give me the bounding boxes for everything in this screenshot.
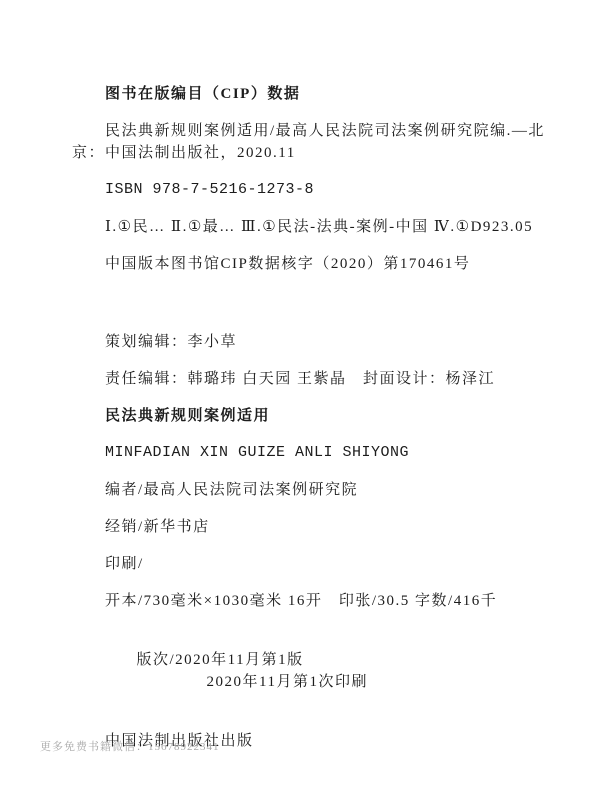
book-title: 民法典新规则案例适用 xyxy=(105,405,565,427)
book-editor: 编者/最高人民法院司法案例研究院 xyxy=(105,479,565,501)
responsible-editor: 责任编辑：韩璐玮 白天园 王紫晶 封面设计：杨泽江 xyxy=(105,368,565,390)
cip-heading: 图书在版编目（CIP）数据 xyxy=(105,83,565,105)
cip-block: 图书在版编目（CIP）数据 民法典新规则案例适用/最高人民法院司法案例研究院编.… xyxy=(105,83,565,767)
cip-description-line2: 京：中国法制出版社，2020.11 xyxy=(72,142,565,164)
cip-description-line1: 民法典新规则案例适用/最高人民法院司法案例研究院编.—北 xyxy=(105,120,565,142)
book-impression: 2020年11月第1次印刷 xyxy=(207,671,368,693)
isbn-number: ISBN 978-7-5216-1273-8 xyxy=(105,179,565,201)
book-format: 开本/730毫米×1030毫米 16开 印张/30.5 字数/416千 xyxy=(105,590,565,612)
book-title-pinyin: MINFADIAN XIN GUIZE ANLI SHIYONG xyxy=(105,442,565,464)
planning-editor: 策划编辑：李小草 xyxy=(105,331,565,353)
cip-classification: Ⅰ.①民… Ⅱ.①最… Ⅲ.①民法-法典-案例-中国 Ⅳ.①D923.05 xyxy=(105,216,565,238)
book-printing: 印刷/ xyxy=(105,553,565,575)
book-edition: 版次/2020年11月第1版 xyxy=(137,652,304,668)
copyright-page: 图书在版编目（CIP）数据 民法典新规则案例适用/最高人民法院司法案例研究院编.… xyxy=(0,0,612,792)
cip-record-number: 中国版本图书馆CIP数据核字（2020）第170461号 xyxy=(105,253,565,275)
footer-watermark-note: 更多免费书籍微信：15678922341 xyxy=(40,740,220,754)
book-edition-line: 版次/2020年11月第1版 2020年11月第1次印刷 xyxy=(105,627,565,715)
section-gap xyxy=(105,290,565,331)
book-distribution: 经销/新华书店 xyxy=(105,516,565,538)
